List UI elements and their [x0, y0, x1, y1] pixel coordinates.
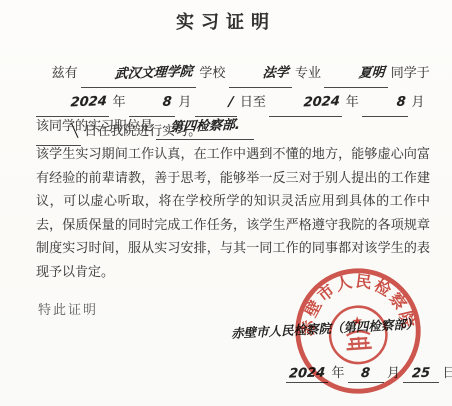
position-field: 第四检察部. [156, 114, 254, 140]
start-month-field: 8 [129, 88, 175, 117]
student-name-value: 夏明 [342, 66, 384, 80]
school-value: 武汉文理学院 [99, 65, 193, 81]
end-month-field: 8 [362, 88, 408, 117]
seal-star-icon: ★ [351, 313, 363, 329]
internship-certificate-document: 实习证明 兹有 武汉文理学院 学校 法学 专业 夏明 同学于 2024 年 8 … [0, 0, 452, 406]
start-day-mark: ∕ [213, 96, 234, 110]
end-month-value: 8 [380, 96, 406, 110]
year2-label: 年 [346, 94, 359, 109]
day1-label: 日至 [240, 94, 266, 109]
end-year-value: 2024 [287, 95, 340, 110]
page-title: 实习证明 [0, 8, 452, 34]
official-seal: 赤壁市人民检察院 ★ [285, 258, 430, 403]
start-month-value: 8 [147, 96, 173, 110]
month1-label: 月 [178, 94, 191, 109]
date-day-label: 日 [442, 365, 452, 380]
year1-label: 年 [113, 94, 126, 109]
major-field: 法学 [229, 59, 292, 88]
position-paragraph: 该同学的实习职位是 第四检察部. [36, 114, 434, 140]
start-day-field: ∕ [195, 88, 237, 117]
school-field: 武汉文理学院 [81, 59, 196, 88]
end-year-field: 2024 [269, 88, 342, 117]
month2-label: 月 [411, 94, 424, 109]
school-label: 学校 [199, 65, 225, 80]
position-label: 该同学的实习职位是 [36, 118, 153, 133]
start-year-value: 2024 [54, 95, 107, 110]
closing-statement: 特此证明 [38, 299, 98, 318]
form-intro-label: 兹有 [52, 65, 78, 80]
position-value: 第四检察部. [170, 119, 241, 134]
student-name-field: 夏明 [324, 59, 387, 88]
major-label: 专业 [295, 65, 321, 80]
student-label: 同学于 [391, 65, 430, 80]
start-year-field: 2024 [36, 88, 109, 117]
major-value: 法学 [247, 66, 289, 80]
